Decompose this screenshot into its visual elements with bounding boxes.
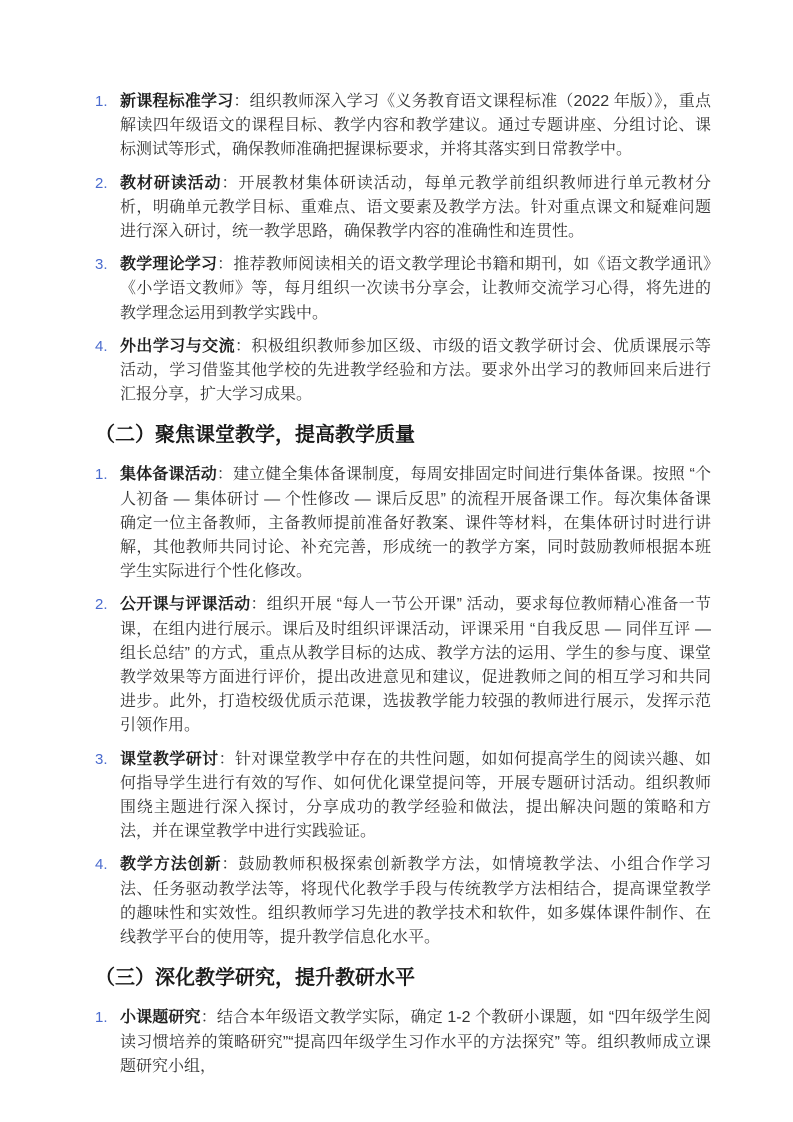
list-item: 3. 教学理论学习：推荐教师阅读相关的语文教学理论书籍和期刊，如《语文教学通讯》… — [95, 253, 711, 326]
list-item-number: 4. — [95, 853, 120, 950]
list-item-term: 教材研读活动 — [120, 175, 221, 192]
section-heading-2: （二）聚焦课堂教学，提高教学质量 — [95, 421, 711, 449]
list-item-term: 课堂教学研讨 — [120, 751, 219, 768]
list-item-body: ：结合本年级语文教学实际，确定 1-2 个教研小课题，如 “四年级学生阅读习惯培… — [120, 1009, 711, 1074]
numbered-list-section-1: 1. 新课程标准学习：组织教师深入学习《义务教育语文课程标准（2022 年版）》… — [95, 90, 711, 407]
list-item: 4. 外出学习与交流：积极组织教师参加区级、市级的语文教学研讨会、优质课展示等活… — [95, 335, 711, 408]
list-item-text: 课堂教学研讨：针对课堂教学中存在的共性问题，如如何提高学生的阅读兴趣、如何指导学… — [120, 748, 711, 845]
list-item-text: 外出学习与交流：积极组织教师参加区级、市级的语文教学研讨会、优质课展示等活动，学… — [120, 335, 711, 408]
list-item-term: 新课程标准学习 — [120, 93, 233, 110]
list-item-term: 教学理论学习 — [120, 256, 217, 273]
list-item: 1. 新课程标准学习：组织教师深入学习《义务教育语文课程标准（2022 年版）》… — [95, 90, 711, 163]
list-item: 2. 公开课与评课活动：组织开展 “每人一节公开课” 活动，要求每位教师精心准备… — [95, 593, 711, 738]
document-page: 1. 新课程标准学习：组织教师深入学习《义务教育语文课程标准（2022 年版）》… — [0, 0, 793, 1122]
list-item-number: 4. — [95, 335, 120, 408]
list-item-number: 2. — [95, 593, 120, 738]
numbered-list-section-2: 1. 集体备课活动：建立健全集体备课制度，每周安排固定时间进行集体备课。按照 “… — [95, 463, 711, 950]
list-item-number: 1. — [95, 90, 120, 163]
list-item-number: 3. — [95, 748, 120, 845]
list-item-term: 外出学习与交流 — [120, 338, 235, 355]
document-content: 1. 新课程标准学习：组织教师深入学习《义务教育语文课程标准（2022 年版）》… — [95, 90, 711, 1088]
list-item-text: 新课程标准学习：组织教师深入学习《义务教育语文课程标准（2022 年版）》，重点… — [120, 90, 711, 163]
list-item-text: 集体备课活动：建立健全集体备课制度，每周安排固定时间进行集体备课。按照 “个人初… — [120, 463, 711, 584]
list-item-number: 1. — [95, 1006, 120, 1079]
list-item-text: 教学方法创新：鼓励教师积极探索创新教学方法，如情境教学法、小组合作学习法、任务驱… — [120, 853, 711, 950]
list-item-number: 1. — [95, 463, 120, 584]
list-item-term: 公开课与评课活动 — [120, 596, 250, 613]
list-item-text: 教材研读活动：开展教材集体研读活动，每单元教学前组织教师进行单元教材分析，明确单… — [120, 172, 711, 245]
list-item: 4. 教学方法创新：鼓励教师积极探索创新教学方法，如情境教学法、小组合作学习法、… — [95, 853, 711, 950]
list-item-body: ：建立健全集体备课制度，每周安排固定时间进行集体备课。按照 “个人初备 — 集体… — [120, 466, 711, 580]
list-item-text: 小课题研究：结合本年级语文教学实际，确定 1-2 个教研小课题，如 “四年级学生… — [120, 1006, 711, 1079]
list-item: 1. 集体备课活动：建立健全集体备课制度，每周安排固定时间进行集体备课。按照 “… — [95, 463, 711, 584]
list-item-text: 公开课与评课活动：组织开展 “每人一节公开课” 活动，要求每位教师精心准备一节课… — [120, 593, 711, 738]
list-item-number: 3. — [95, 253, 120, 326]
list-item-term: 小课题研究 — [120, 1009, 201, 1026]
list-item-body: ：组织开展 “每人一节公开课” 活动，要求每位教师精心准备一节课，在组内进行展示… — [120, 596, 711, 734]
list-item: 2. 教材研读活动：开展教材集体研读活动，每单元教学前组织教师进行单元教材分析，… — [95, 172, 711, 245]
list-item: 3. 课堂教学研讨：针对课堂教学中存在的共性问题，如如何提高学生的阅读兴趣、如何… — [95, 748, 711, 845]
list-item-number: 2. — [95, 172, 120, 245]
numbered-list-section-3: 1. 小课题研究：结合本年级语文教学实际，确定 1-2 个教研小课题，如 “四年… — [95, 1006, 711, 1079]
list-item-term: 集体备课活动 — [120, 466, 217, 483]
list-item-term: 教学方法创新 — [120, 856, 221, 873]
list-item: 1. 小课题研究：结合本年级语文教学实际，确定 1-2 个教研小课题，如 “四年… — [95, 1006, 711, 1079]
section-heading-3: （三）深化教学研究，提升教研水平 — [95, 964, 711, 992]
list-item-text: 教学理论学习：推荐教师阅读相关的语文教学理论书籍和期刊，如《语文教学通讯》《小学… — [120, 253, 711, 326]
